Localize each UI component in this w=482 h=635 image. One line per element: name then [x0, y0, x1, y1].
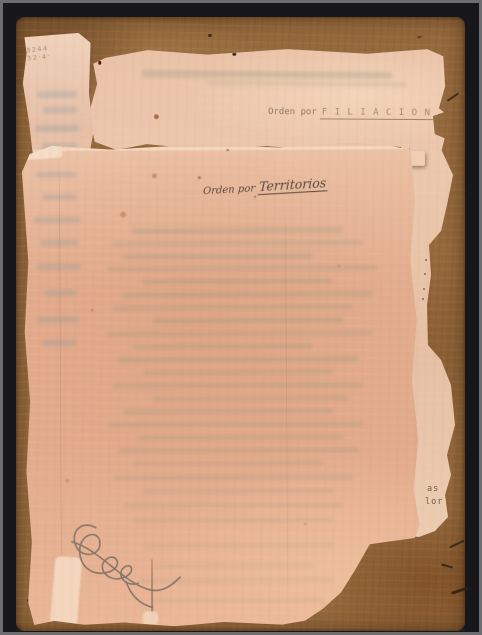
fox — [254, 196, 256, 198]
main-page: Orden porTerritorios — [22, 140, 422, 627]
ghost-line — [113, 382, 363, 388]
blue-smudge — [34, 217, 80, 223]
fox — [198, 176, 201, 179]
ghost-line — [123, 408, 333, 414]
blue-smudge — [38, 317, 80, 323]
pencil-number-marks: 3244 32·4· — [26, 44, 52, 63]
fox — [152, 173, 157, 178]
typed-speck — [425, 259, 427, 261]
ghost-line — [113, 304, 353, 310]
typed-index-label: Orden porF I L I A C I O N — [268, 107, 433, 118]
typed-fragment-as: as — [427, 483, 439, 496]
ink-speck — [232, 53, 236, 56]
blue-smudge — [45, 290, 77, 296]
blue-smudge — [36, 264, 80, 270]
handwritten-word: Territorios — [258, 175, 329, 195]
fox — [304, 523, 307, 526]
typed-speck — [424, 273, 426, 275]
ghost-line — [132, 227, 342, 233]
paper-texture — [87, 44, 448, 157]
fox — [120, 211, 126, 217]
pencil-scribble-signature — [52, 511, 213, 627]
fox — [65, 479, 69, 483]
ghost-line — [144, 488, 334, 494]
blue-smudge — [40, 240, 78, 246]
typed-fragment-lor: lor — [425, 496, 443, 509]
fox — [91, 309, 94, 312]
ghost-line — [143, 369, 333, 375]
ghost-line — [133, 460, 323, 466]
viewer-frame: as lor Orden porF I L I A C I O N 3244 3… — [0, 0, 482, 635]
scratch — [208, 34, 212, 37]
handwritten-prefix: Orden por — [203, 183, 256, 197]
ghost-typing-band — [207, 81, 407, 87]
top-strip-sheet: Orden porF I L I A C I O N — [87, 44, 448, 157]
ghost-smudge — [35, 125, 79, 132]
ink-blot — [98, 61, 101, 65]
foxing-spot — [154, 114, 159, 119]
ghost-line — [124, 502, 344, 508]
blue-smudge — [42, 194, 76, 200]
ghost-smudge — [43, 107, 77, 113]
fox — [227, 149, 229, 151]
ghost-line — [108, 421, 363, 427]
handwritten-index-label: Orden porTerritorios — [203, 175, 329, 197]
ghost-line — [118, 356, 358, 362]
ghost-line — [122, 254, 312, 260]
blue-smudge — [36, 172, 76, 178]
ghost-line — [153, 317, 343, 323]
typed-index-word: F I L I A C I O N — [320, 107, 433, 120]
typed-index-prefix: Orden por — [268, 107, 317, 117]
ghost-line — [133, 344, 313, 350]
ghost-line — [142, 278, 332, 284]
ghost-line — [108, 330, 373, 336]
ghost-line — [123, 291, 373, 297]
ghost-typing-band — [142, 70, 392, 79]
typed-speck — [422, 298, 424, 300]
ghost-smudge — [37, 91, 77, 98]
ghost-line — [153, 395, 348, 401]
ghost-line — [112, 240, 362, 246]
pencil-line: 32·4· — [27, 52, 52, 63]
ghost-line — [118, 447, 358, 453]
typed-speck — [423, 288, 425, 290]
fox — [337, 264, 340, 267]
blue-smudge — [43, 340, 77, 346]
ghost-line — [138, 434, 343, 440]
ghost-line — [113, 474, 353, 480]
